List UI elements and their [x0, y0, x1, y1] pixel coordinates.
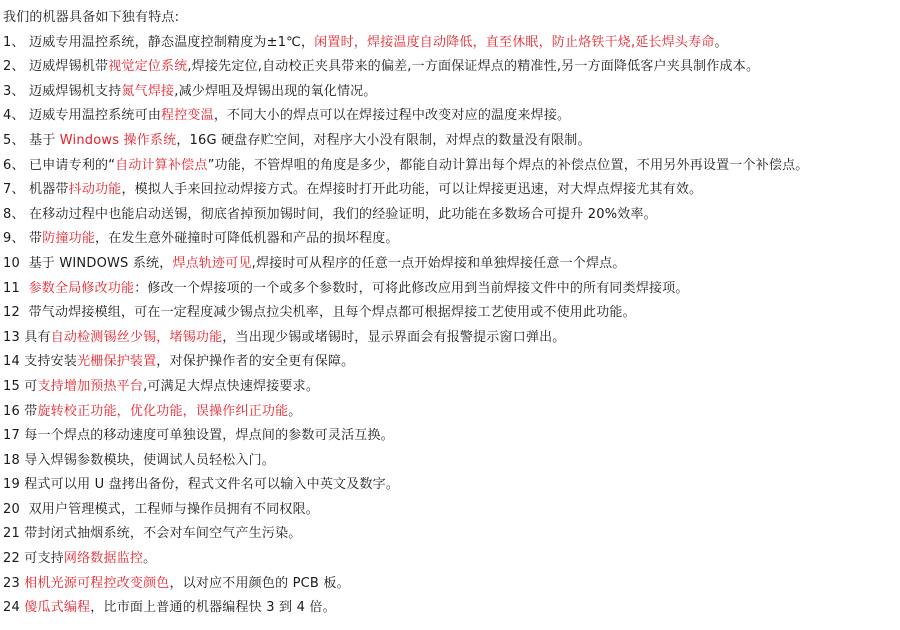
item-text: 每一个焊点的移动速度可单独设置，焊点间的参数可灵活互换。: [24, 428, 394, 443]
item-number: 22: [3, 547, 24, 572]
item-text: 。: [288, 404, 301, 419]
item-text: 在移动过程中也能启动送锡，彻底省掉预加锡时间，我们的经验证明，此功能在多数场合可…: [29, 207, 657, 222]
feature-item: 20 双用户管理模式，工程师与操作员拥有不同权限。: [3, 498, 900, 523]
item-text: ,焊接先定位,自动校正夹具带来的偏差,一方面保证焊点的精准性,另一方面降低客户夹…: [187, 59, 759, 74]
feature-item: 9、 带防撞功能，在发生意外碰撞时可降低机器和产品的损坏程度。: [3, 227, 900, 252]
feature-item: 3、 迈威焊锡机支持氮气焊接,减少焊咀及焊锡出现的氧化情况。: [3, 80, 900, 105]
item-number: 2、: [3, 55, 29, 80]
item-text: 支持安装: [24, 354, 77, 369]
feature-item: 23 相机光源可程控改变颜色，以对应不用颜色的 PCB 板。: [3, 572, 900, 597]
item-text: 。: [715, 35, 728, 50]
item-number: 17: [3, 424, 24, 449]
item-text: ,焊接时可从程序的任意一点开始焊接和单独焊接任意一个焊点。: [252, 256, 626, 271]
item-number: 15: [3, 375, 24, 400]
highlighted-feature-text: 抖动功能: [69, 182, 122, 197]
item-text: 具有: [24, 330, 50, 345]
feature-list: 1、 迈威专用温控系统，静态温度控制精度为±1℃，闲置时，焊接温度自动降低，直至…: [3, 31, 900, 621]
item-text: 程式可以用 U 盘拷出备份，程式文件名可以输入中英文及数字。: [24, 477, 399, 492]
highlighted-feature-text: 程控变温: [161, 108, 214, 123]
feature-item: 17 每一个焊点的移动速度可单独设置，焊点间的参数可灵活互换。: [3, 424, 900, 449]
highlighted-feature-text: 焊点轨迹可见: [172, 256, 251, 271]
item-number: 6、: [3, 154, 29, 179]
item-number: 13: [3, 326, 24, 351]
item-text: ，16G 硬盘存贮空间，对程序大小没有限制，对焊点的数量没有限制。: [176, 133, 590, 148]
feature-item: 16 带旋转校正功能，优化功能，误操作纠正功能。: [3, 400, 900, 425]
feature-item: 10 基于 WINDOWS 系统，焊点轨迹可见,焊接时可从程序的任意一点开始焊接…: [3, 252, 900, 277]
feature-item: 12 带气动焊接模组，可在一定程度减少锡点拉尖机率，且每个焊点都可根据焊接工艺使…: [3, 301, 900, 326]
item-text: 带: [29, 231, 42, 246]
item-text: 可支持: [24, 551, 64, 566]
item-text: ”功能，不管焊咀的角度是多少，都能自动计算出每个焊点的补偿点位置，不用另外再设置…: [208, 158, 809, 173]
feature-item: 6、 已申请专利的“自动计算补偿点”功能，不管焊咀的角度是多少，都能自动计算出每…: [3, 154, 900, 179]
item-number: 23: [3, 572, 24, 597]
feature-item: 11 参数全局修改功能：修改一个焊接项的一个或多个参数时，可将此修改应用到当前焊…: [3, 277, 900, 302]
highlighted-feature-text: 参数全局修改功能: [29, 281, 135, 296]
feature-item: 7、 机器带抖动功能，模拟人手来回拉动焊接方式。在焊接时打开此功能，可以让焊接更…: [3, 178, 900, 203]
item-text: 迈威焊锡机支持: [29, 84, 121, 99]
highlighted-feature-text: 相机光源可程控改变颜色: [24, 576, 169, 591]
item-text: ，比市面上普通的机器编程快 3 到 4 倍。: [90, 600, 335, 615]
item-text: ,减少焊咀及焊锡出现的氧化情况。: [174, 84, 376, 99]
highlighted-feature-text: 网络数据监控: [64, 551, 143, 566]
item-text: 迈威焊锡机带: [29, 59, 108, 74]
highlighted-feature-text: 视觉定位系统: [108, 59, 187, 74]
item-number: 10: [3, 252, 29, 277]
item-number: 9、: [3, 227, 29, 252]
feature-item: 4、 迈威专用温控系统可由程控变温，不同大小的焊点可以在焊接过程中改变对应的温度…: [3, 104, 900, 129]
item-number: 18: [3, 449, 24, 474]
item-text: 机器带: [29, 182, 69, 197]
item-text: 导入焊锡参数模块，使调试人员轻松入门。: [24, 453, 275, 468]
item-text: 迈威专用温控系统可由: [29, 108, 161, 123]
highlighted-feature-text: 光栅保护装置: [77, 354, 156, 369]
highlighted-feature-text: 自动检测锡丝少锡，堵锡功能: [51, 330, 223, 345]
item-number: 7、: [3, 178, 29, 203]
item-number: 20: [3, 498, 29, 523]
item-number: 21: [3, 522, 24, 547]
item-number: 14: [3, 350, 24, 375]
item-number: 12: [3, 301, 29, 326]
item-text: ，模拟人手来回拉动焊接方式。在焊接时打开此功能，可以让焊接更迅速，对大焊点焊接尤…: [121, 182, 702, 197]
item-number: 19: [3, 473, 24, 498]
item-text: 。: [143, 551, 156, 566]
highlighted-feature-text: 防撞功能: [42, 231, 95, 246]
item-text: 可: [24, 379, 37, 394]
highlighted-feature-text: 旋转校正功能，优化功能，误操作纠正功能: [37, 404, 288, 419]
feature-item: 19 程式可以用 U 盘拷出备份，程式文件名可以输入中英文及数字。: [3, 473, 900, 498]
feature-item: 2、 迈威焊锡机带视觉定位系统,焊接先定位,自动校正夹具带来的偏差,一方面保证焊…: [3, 55, 900, 80]
item-text: ，在发生意外碰撞时可降低机器和产品的损坏程度。: [95, 231, 399, 246]
feature-item: 1、 迈威专用温控系统，静态温度控制精度为±1℃，闲置时，焊接温度自动降低，直至…: [3, 31, 900, 56]
highlighted-feature-text: Windows 操作系统: [60, 133, 177, 148]
feature-item: 5、 基于 Windows 操作系统，16G 硬盘存贮空间，对程序大小没有限制，…: [3, 129, 900, 154]
item-text: ，以对应不用颜色的 PCB 板。: [169, 576, 349, 591]
item-text: ,可满足大焊点快速焊接要求。: [143, 379, 319, 394]
item-text: ，不同大小的焊点可以在焊接过程中改变对应的温度来焊接。: [214, 108, 570, 123]
feature-document: 我们的机器具备如下独有特点: 1、 迈威专用温控系统，静态温度控制精度为±1℃，…: [0, 0, 900, 621]
highlighted-feature-text: 支持增加预热平台: [37, 379, 143, 394]
item-number: 16: [3, 400, 24, 425]
feature-item: 13 具有自动检测锡丝少锡，堵锡功能，当出现少锡或堵锡时，显示界面会有报警提示窗…: [3, 326, 900, 351]
item-text: 带气动焊接模组，可在一定程度减少锡点拉尖机率，且每个焊点都可根据焊接工艺使用或不…: [29, 305, 636, 320]
item-number: 1、: [3, 31, 29, 56]
document-title: 我们的机器具备如下独有特点:: [3, 6, 900, 31]
item-number: 5、: [3, 129, 29, 154]
feature-item: 21 带封闭式抽烟系统，不会对车间空气产生污染。: [3, 522, 900, 547]
item-text: 迈威专用温控系统，静态温度控制精度为±1℃，: [29, 35, 314, 50]
feature-item: 22 可支持网络数据监控。: [3, 547, 900, 572]
highlighted-feature-text: 氮气焊接: [121, 84, 174, 99]
feature-item: 18 导入焊锡参数模块，使调试人员轻松入门。: [3, 449, 900, 474]
feature-item: 15 可支持增加预热平台,可满足大焊点快速焊接要求。: [3, 375, 900, 400]
item-number: 3、: [3, 80, 29, 105]
item-number: 11: [3, 277, 29, 302]
item-text: ，当出现少锡或堵锡时，显示界面会有报警提示窗口弹出。: [222, 330, 565, 345]
item-text: 带: [24, 404, 37, 419]
item-text: 双用户管理模式，工程师与操作员拥有不同权限。: [29, 502, 319, 517]
highlighted-feature-text: 傻瓜式编程: [24, 600, 90, 615]
item-text: 基于 WINDOWS 系统，: [29, 256, 173, 271]
item-number: 4、: [3, 104, 29, 129]
item-text: ：修改一个焊接项的一个或多个参数时，可将此修改应用到当前焊接文件中的所有同类焊接…: [134, 281, 688, 296]
item-text: 带封闭式抽烟系统，不会对车间空气产生污染。: [24, 526, 301, 541]
feature-item: 24 傻瓜式编程，比市面上普通的机器编程快 3 到 4 倍。: [3, 596, 900, 621]
item-text: 基于: [29, 133, 60, 148]
highlighted-feature-text: 自动计算补偿点: [115, 158, 207, 173]
highlighted-feature-text: 闲置时，焊接温度自动降低，直至休眠，防止烙铁干烧,延长焊头寿命: [314, 35, 714, 50]
item-number: 24: [3, 596, 24, 621]
feature-item: 14 支持安装光栅保护装置，对保护操作者的安全更有保障。: [3, 350, 900, 375]
feature-item: 8、 在移动过程中也能启动送锡，彻底省掉预加锡时间，我们的经验证明，此功能在多数…: [3, 203, 900, 228]
item-text: 已申请专利的“: [29, 158, 115, 173]
item-text: ，对保护操作者的安全更有保障。: [156, 354, 354, 369]
item-number: 8、: [3, 203, 29, 228]
